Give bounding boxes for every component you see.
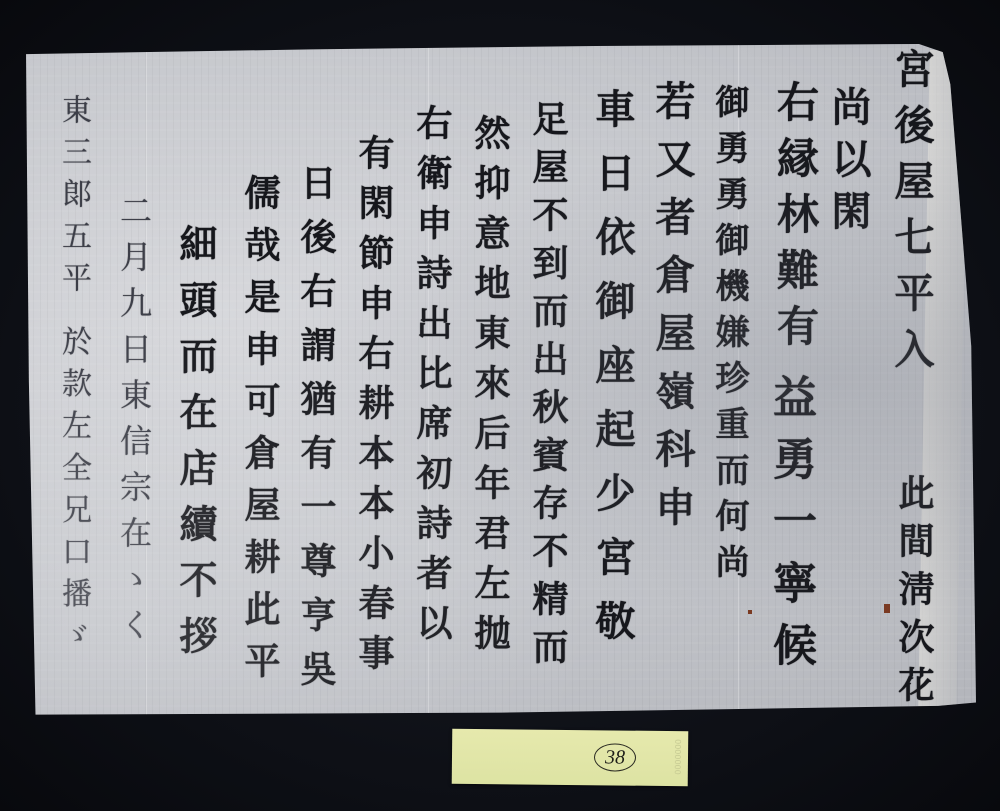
- catalog-number: 38: [594, 743, 636, 771]
- text-column-17: 東三郞五平 於款左全兄口播ゞ: [58, 94, 88, 662]
- text-column-2: 此間淸次花: [896, 474, 932, 714]
- text-column-7: 若又者倉屋嶺科申: [652, 80, 692, 544]
- text-column-5: 益勇一寧候: [768, 374, 812, 684]
- label-stamp: 0000000: [673, 739, 682, 775]
- text-column-11: 右衛申詩出比席初詩者以: [414, 104, 450, 654]
- letter-paper: 宮後屋七平入 此間淸次花 尚以閑 右縁林難有 益勇一寧候 御勇勇御機嫌珍重而何尚…: [26, 44, 976, 716]
- text-column-1: 宮後屋七平入: [891, 48, 931, 384]
- red-ink-mark: [884, 604, 890, 613]
- text-column-9: 足屋不到而出秋賓存不精而: [530, 100, 566, 676]
- text-column-10: 然抑意地東來后年君左抛: [472, 114, 508, 664]
- text-column-3: 尚以閑: [828, 86, 868, 242]
- catalog-label: 38 0000000: [452, 729, 689, 786]
- text-column-15: 細頭而在店續不拶: [176, 224, 214, 672]
- red-ink-mark: [748, 610, 752, 614]
- text-column-13: 日後右謂猶有一尊亨吳: [298, 164, 334, 704]
- text-column-6: 御勇勇御機嫌珍重而何尚: [712, 84, 746, 590]
- text-column-14: 儒哉是申可倉屋耕此平: [242, 174, 278, 694]
- text-column-16: 二月九日東信宗在ゝく: [118, 194, 150, 654]
- text-column-12: 有閑節申右耕本本小春事: [356, 134, 392, 684]
- text-column-8: 車日依御座起少宮敬: [592, 88, 632, 664]
- text-column-4: 右縁林難有: [774, 80, 816, 360]
